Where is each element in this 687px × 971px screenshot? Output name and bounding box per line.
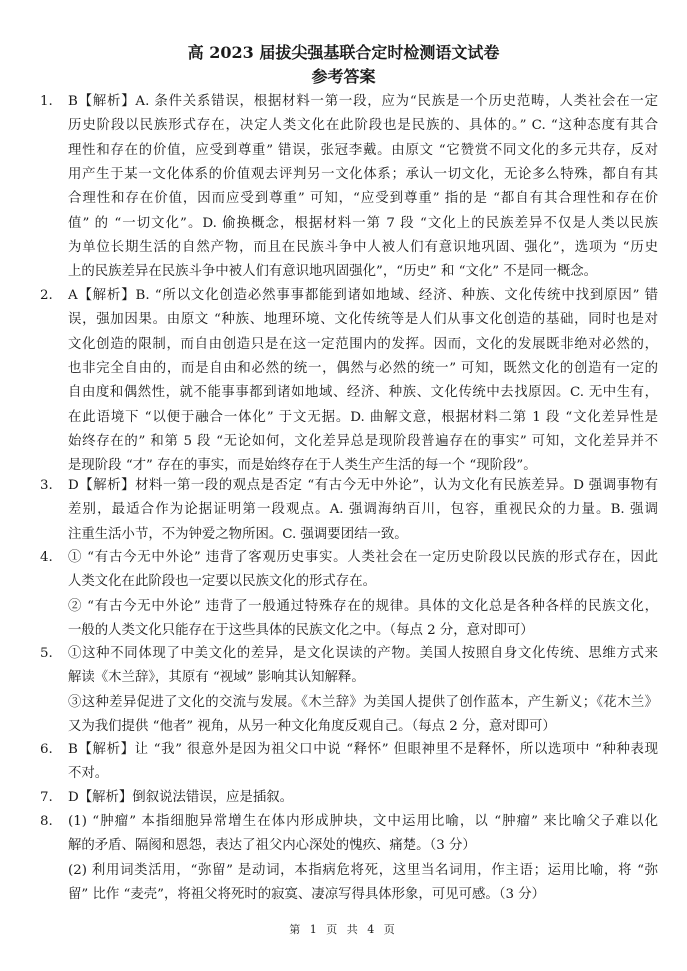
answer-line: ① “有古今无中外论” 违背了客观历史事实。人类社会在一定历史阶段以民族的形式存…	[68, 546, 658, 570]
answer-line: 也非完全自由的，而是自由和必然的统一，偶然与必然的统一” 可知，既然文化的创造有…	[68, 357, 658, 381]
answer-line: D【解析】材料一第一段的观点是否定 “有古今无中外论”，认为文化有民族差异。D …	[68, 474, 658, 498]
answer-number: 5.	[40, 642, 53, 666]
answer-line: 用产生于某一文化体系的价值观去评判另一文化体系；承认一切文化，无论多么特殊，都自…	[68, 163, 658, 187]
document-subtitle: 参考答案	[0, 66, 687, 88]
answer-line: 值” 的 “一切文化”。D. 偷换概念，根据材料一第 7 段 “文化上的民族差异…	[68, 212, 658, 236]
answer-line: 一般的人类文化只能存在于这些具体的民族文化之中。（每点 2 分，意对即可）	[68, 619, 658, 643]
answer-line: ③这种差异促进了文化的交流与发展。《木兰辞》为美国人提供了创作蓝本，产生新义；《…	[68, 691, 658, 715]
answer-number: 3.	[40, 474, 53, 498]
answer-line: 文化创造的限制，而自由创造只是在这一定范围内的发挥。因而，文化的发展既非绝对必然…	[68, 333, 658, 357]
answer-line: 在此语境下 “以便于融合一体化” 于文无据。D. 曲解文意，根据材料二第 1 段…	[68, 406, 658, 430]
answer-number: 6.	[40, 738, 53, 762]
answer-line: ② “有古今无中外论” 违背了一般通过特殊存在的规律。具体的文化总是各种各样的民…	[68, 595, 658, 619]
answer-number: 1.	[40, 90, 53, 114]
answer-line: 误，强加因果。由原文 “种族、地理环境、文化传统等是人们从事文化创造的基础，同时…	[68, 308, 658, 332]
answer-line: ①这种不同体现了中美文化的差异，是文化误读的产物。美国人按照自身文化传统、思维方…	[68, 642, 658, 666]
answer-line: 解的矛盾、隔阂和恩怨，表达了祖父内心深处的愧疚、痛楚。（3 分）	[68, 834, 658, 858]
answer-line: 始终存在的” 和第 5 段 “无论如何，文化差异总是现阶段普遍存在的事实” 可知…	[68, 430, 658, 454]
answer-line: 人类文化在此阶段也一定要以民族文化的形式存在。	[68, 570, 658, 594]
answer-line: 合理性和存在价值，因而应受到尊重” 可知，“应受到尊重” 指的是 “都自有其合理…	[68, 187, 658, 211]
answer-line: 差别，最适合作为论据证明第一段观点。A. 强调海纳百川，包容，重视民众的力量。B…	[68, 498, 658, 522]
answer-number: 8.	[40, 810, 53, 834]
answer-number: 7.	[40, 786, 53, 810]
answer-line: 上的民族差异在民族斗争中被人们有意识地巩固强化”，“历史” 和 “文化” 不是同…	[68, 260, 658, 284]
answer-line: 为单位长期生活的自然产物，而且在民族斗争中人被人们有意识地巩固、强化”，选项为 …	[68, 236, 658, 260]
answer-number: 2.	[40, 284, 53, 308]
answer-line: B【解析】A. 条件关系错误，根据材料一第一段，应为“民族是一个历史范畴，人类社…	[68, 90, 658, 114]
answer-line: 注重生活小节，不为钟爱之物所困。C. 强调要团结一致。	[68, 523, 658, 547]
answer-line: 历史阶段以民族形式存在，决定人类文化在此阶段也是民族的、具体的。” C. “这种…	[68, 114, 658, 138]
answer-line: 又为我们提供 “他者” 视角，从另一种文化角度反观自己。（每点 2 分，意对即可…	[68, 715, 658, 739]
answer-line: D【解析】倒叙说法错误，应是插叙。	[68, 786, 658, 810]
answer-line: A【解析】B. “所以文化创造必然事事都能到诸如地域、经济、种族、文化传统中找到…	[68, 284, 658, 308]
answer-line: (2) 利用词类活用，“弥留” 是动词，本指病危将死，这里当名词用，作主语；运用…	[68, 859, 658, 883]
answer-line: (1) “肿瘤” 本指细胞异常增生在体内形成肿块，文中运用比喻，以 “肿瘤” 来…	[68, 810, 658, 834]
answer-line: 解读《木兰辞》，其原有 “视域” 影响其认知解释。	[68, 666, 658, 690]
answer-number: 4.	[40, 546, 53, 570]
document-title: 高 2023 届拔尖强基联合定时检测语文试卷	[0, 42, 687, 64]
page-footer: 第 1 页 共 4 页	[0, 921, 687, 937]
answer-line: B【解析】让 “我” 很意外是因为祖父口中说 “释怀” 但眼神里不是释怀，所以选…	[68, 738, 658, 762]
answer-line: 不对。	[68, 762, 658, 786]
answer-line: 理性和存在的价值，应受到尊重” 错误，张冠李戴。由原文 “它赞赏不同文化的多元共…	[68, 139, 658, 163]
answer-line: 自由度和偶然性，就不能事事都到诸如地域、经济、种族、文化传统中去找原因。C. 无…	[68, 381, 658, 405]
answer-line: 留” 比作 “麦壳”，将祖父将死时的寂寞、凄凉写得具体形象，可见可感。（3 分）	[68, 883, 658, 907]
